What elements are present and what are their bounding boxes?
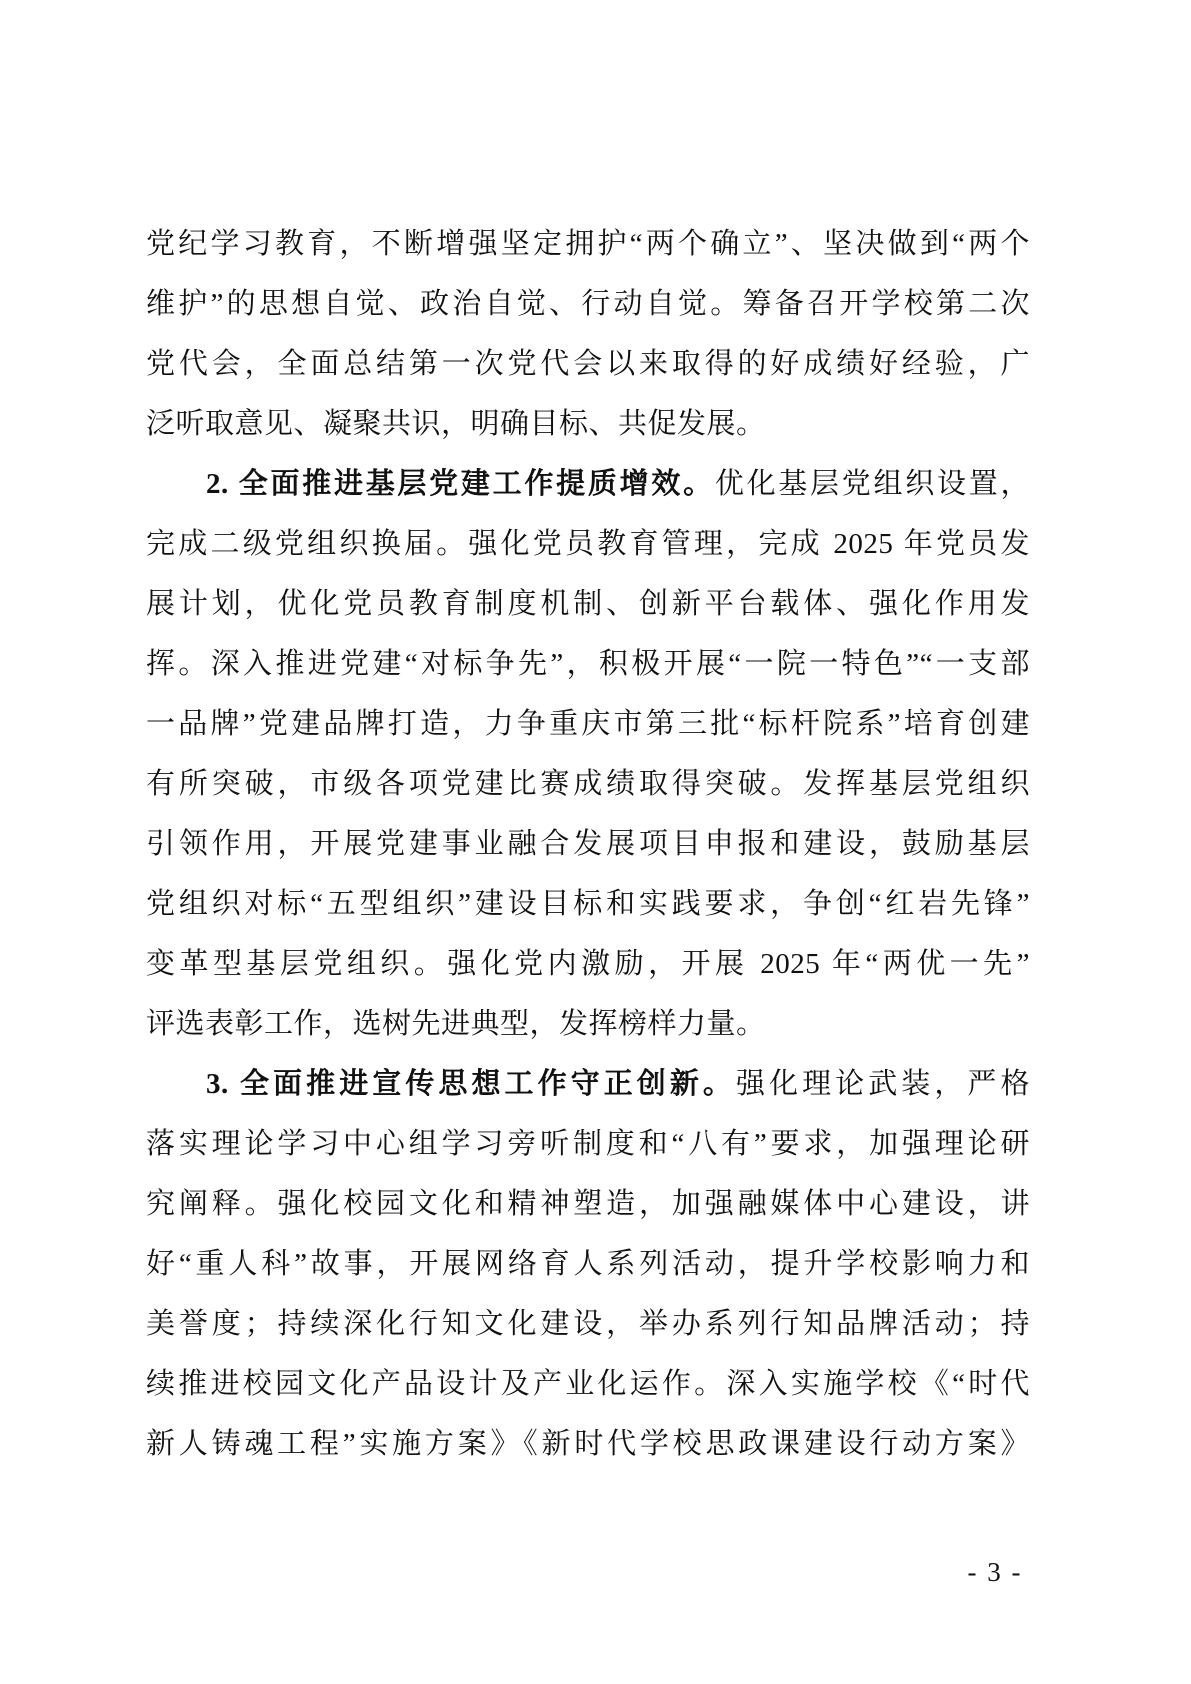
- text-line: 完成二级党组织换届。强化党员教育管理，完成 2025 年党员发: [146, 514, 1030, 574]
- text-line: 究阐释。强化校园文化和精神塑造，加强融媒体中心建设，讲: [146, 1174, 1030, 1234]
- text-line: 新人铸魂工程”实施方案》《新时代学校思政课建设行动方案》: [146, 1414, 1030, 1474]
- text-line: 续推进校园文化产品设计及产业化运作。深入实施学校《“时代: [146, 1354, 1030, 1414]
- document-page: 党纪学习教育，不断增强坚定拥护“两个确立”、坚决做到“两个维护”的思想自觉、政治…: [0, 0, 1191, 1684]
- body-text-segment: 强化理论武装，严格: [736, 1068, 1030, 1100]
- body-text-segment: 有所突破，市级各项党建比赛成绩取得突破。发挥基层党组织: [146, 768, 1030, 800]
- text-line: 党代会，全面总结第一次党代会以来取得的好成绩好经验，广: [146, 334, 1030, 394]
- body-text-segment: 维护”的思想自觉、政治自觉、行动自觉。筹备召开学校第二次: [146, 288, 1030, 320]
- text-line: 3. 全面推进宣传思想工作守正创新。强化理论武装，严格: [146, 1054, 1030, 1114]
- text-line: 一品牌”党建品牌打造，力争重庆市第三批“标杆院系”培育创建: [146, 694, 1030, 754]
- body-text-segment: 究阐释。强化校园文化和精神塑造，加强融媒体中心建设，讲: [146, 1188, 1030, 1220]
- body-text-segment: 续推进校园文化产品设计及产业化运作。深入实施学校《“时代: [146, 1368, 1030, 1400]
- text-line: 挥。深入推进党建“对标争先”，积极开展“一院一特色”“一支部: [146, 634, 1030, 694]
- document-body: 党纪学习教育，不断增强坚定拥护“两个确立”、坚决做到“两个维护”的思想自觉、政治…: [146, 214, 1030, 1474]
- text-line: 展计划，优化党员教育制度机制、创新平台载体、强化作用发: [146, 574, 1030, 634]
- text-line: 变革型基层党组织。强化党内激励，开展 2025 年“两优一先”: [146, 934, 1030, 994]
- text-line: 评选表彰工作，选树先进典型，发挥榜样力量。: [146, 994, 1030, 1054]
- text-line: 好“重人科”故事，开展网络育人系列活动，提升学校影响力和: [146, 1234, 1030, 1294]
- text-line: 泛听取意见、凝聚共识，明确目标、共促发展。: [146, 394, 1030, 454]
- body-text-segment: 一品牌”党建品牌打造，力争重庆市第三批“标杆院系”培育创建: [146, 708, 1030, 740]
- body-text-segment: 引领作用，开展党建事业融合发展项目申报和建设，鼓励基层: [146, 828, 1030, 860]
- text-line: 有所突破，市级各项党建比赛成绩取得突破。发挥基层党组织: [146, 754, 1030, 814]
- page-number: - 3 -: [930, 1552, 1060, 1592]
- body-text-segment: 变革型基层党组织。强化党内激励，开展 2025 年“两优一先”: [146, 948, 1030, 980]
- body-text-segment: 完成二级党组织换届。强化党员教育管理，完成 2025 年党员发: [146, 528, 1030, 560]
- body-text-segment: 新人铸魂工程”实施方案》《新时代学校思政课建设行动方案》: [146, 1428, 1030, 1460]
- body-text-segment: 美誉度；持续深化行知文化建设，举办系列行知品牌活动；持: [146, 1308, 1030, 1340]
- text-line: 美誉度；持续深化行知文化建设，举办系列行知品牌活动；持: [146, 1294, 1030, 1354]
- body-text-segment: 泛听取意见、凝聚共识，明确目标、共促发展。: [146, 408, 766, 440]
- text-line: 2. 全面推进基层党建工作提质增效。优化基层党组织设置，: [146, 454, 1030, 514]
- body-text-segment: 党代会，全面总结第一次党代会以来取得的好成绩好经验，广: [146, 348, 1030, 380]
- text-line: 党纪学习教育，不断增强坚定拥护“两个确立”、坚决做到“两个: [146, 214, 1030, 274]
- text-line: 维护”的思想自觉、政治自觉、行动自觉。筹备召开学校第二次: [146, 274, 1030, 334]
- body-text-segment: 好“重人科”故事，开展网络育人系列活动，提升学校影响力和: [146, 1248, 1030, 1280]
- body-text-segment: 优化基层党组织设置，: [715, 468, 1030, 500]
- text-line: 引领作用，开展党建事业融合发展项目申报和建设，鼓励基层: [146, 814, 1030, 874]
- text-line: 党组织对标“五型组织”建设目标和实践要求，争创“红岩先锋”: [146, 874, 1030, 934]
- body-text-segment: 党纪学习教育，不断增强坚定拥护“两个确立”、坚决做到“两个: [146, 228, 1030, 260]
- body-text-segment: 挥。深入推进党建“对标争先”，积极开展“一院一特色”“一支部: [146, 648, 1030, 680]
- body-text-segment: 展计划，优化党员教育制度机制、创新平台载体、强化作用发: [146, 588, 1030, 620]
- body-text-segment: 评选表彰工作，选树先进典型，发挥榜样力量。: [146, 1008, 766, 1040]
- body-text-segment: 党组织对标“五型组织”建设目标和实践要求，争创“红岩先锋”: [146, 888, 1030, 920]
- heading-bold-text: 3. 全面推进宣传思想工作守正创新。: [206, 1068, 736, 1100]
- text-line: 落实理论学习中心组学习旁听制度和“八有”要求，加强理论研: [146, 1114, 1030, 1174]
- heading-bold-text: 2. 全面推进基层党建工作提质增效。: [206, 468, 715, 500]
- body-text-segment: 落实理论学习中心组学习旁听制度和“八有”要求，加强理论研: [146, 1128, 1030, 1160]
